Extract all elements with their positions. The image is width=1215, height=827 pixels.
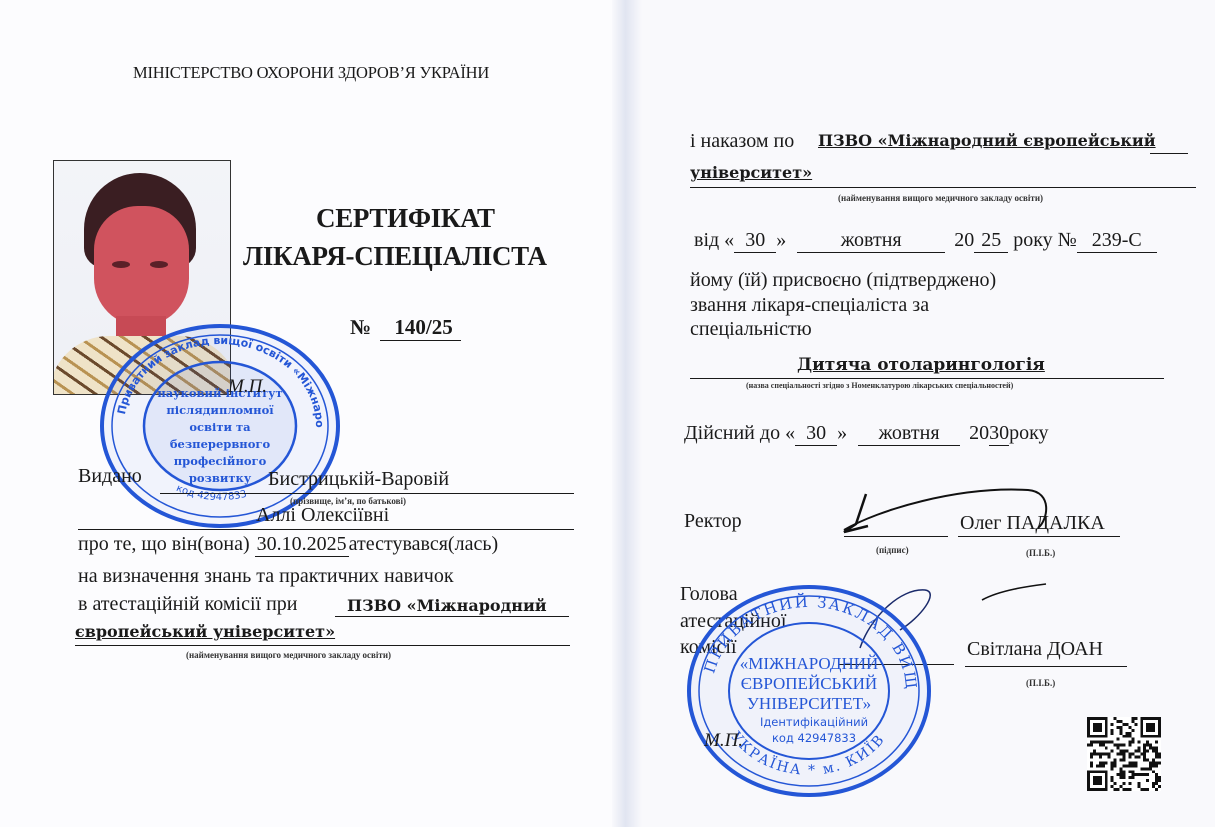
ministry-header: МІНІСТЕРСТВО ОХОРОНИ ЗДОРОВ’Я УКРАЇНИ (133, 63, 489, 83)
valid-year: 30 (989, 422, 1009, 446)
order-number: 239-С (1077, 229, 1157, 253)
svg-text:«МІЖНАРОДНИЙ: «МІЖНАРОДНИЙ (740, 654, 879, 673)
institution-hint: (найменування вищого медичного закладу о… (186, 650, 391, 660)
university-stamp: ПРИВАТНИЙ ЗАКЛАД ВИЩОЇ ОСВІТИ УКРАЇНА * … (684, 584, 934, 798)
order-institution-hint: (найменування вищого медичного закладу о… (838, 193, 1043, 203)
assigned-line-2: звання лікаря-спеціаліста за (690, 294, 929, 317)
specialty-hint: (назва спеціальності згідно з Номенклату… (746, 381, 1013, 390)
commission-line: в атестаційній комісії при (78, 593, 298, 616)
valid-until-line: Дійсний до «30» жовтня 2030року (684, 422, 1049, 446)
attestation-line: про те, що він(вона) 30.10.2025атестував… (78, 533, 498, 557)
order-year: 25 (974, 229, 1008, 253)
svg-text:післядипломної: післядипломної (166, 403, 274, 417)
order-day: 30 (734, 229, 776, 253)
stamp-mark-right: М.П. (704, 730, 743, 752)
rector-label: Ректор (684, 510, 742, 533)
assigned-line-1: йому (їй) присвоєно (підтверджено) (690, 269, 996, 292)
chair-name-hint: (П.І.Б.) (1026, 678, 1055, 688)
assigned-line-3: спеціальністю (690, 318, 812, 341)
rector-signature (838, 480, 1058, 540)
svg-text:код 42947833: код 42947833 (772, 731, 856, 745)
svg-text:ЄВРОПЕЙСЬКИЙ: ЄВРОПЕЙСЬКИЙ (741, 674, 877, 693)
valid-day: 30 (795, 422, 837, 446)
certificate-number: № 140/25 (350, 315, 461, 341)
svg-text:безперервного: безперервного (170, 437, 271, 451)
rector-signature-hint: (підпис) (876, 545, 909, 555)
holder-surname: Бистрицькій-Варовій (268, 468, 449, 491)
number-value: 140/25 (380, 315, 460, 341)
issued-label: Видано (78, 465, 142, 488)
rector-name-hint: (П.І.Б.) (1026, 548, 1055, 558)
valid-month: жовтня (858, 422, 960, 446)
order-institution-1: ПЗВО «Міжнародний європейський (818, 131, 1156, 150)
svg-text:професійного: професійного (174, 454, 267, 468)
svg-text:УНІВЕРСИТЕТ»: УНІВЕРСИТЕТ» (747, 694, 871, 713)
order-institution-2: університет» (690, 163, 812, 182)
commission-institution-2: європейський університет» (75, 622, 335, 641)
knowledge-line: на визначення знань та практичних навичо… (78, 565, 454, 588)
number-label: № (350, 315, 371, 339)
page-fold (612, 0, 642, 827)
certificate-title: СЕРТИФІКАТ (316, 203, 495, 234)
attestation-date: 30.10.2025 (255, 533, 349, 557)
commission-institution-1: ПЗВО «Міжнародний (347, 596, 547, 615)
order-month: жовтня (797, 229, 945, 253)
qr-code[interactable] (1087, 717, 1161, 791)
stamp-mark-left: М.П. (228, 376, 267, 398)
order-prefix: і наказом по (690, 130, 794, 153)
holder-given-names: Аллі Олексіївні (256, 504, 389, 527)
svg-text:Ідентифікаційний: Ідентифікаційний (760, 715, 868, 729)
certificate-subtitle: ЛІКАРЯ-СПЕЦІАЛІСТА (243, 241, 547, 272)
specialty-name: Дитяча отоларингологія (797, 355, 1045, 375)
svg-text:освіти та: освіти та (189, 420, 251, 434)
svg-text:розвитку: розвитку (189, 471, 252, 485)
order-date-line: від «30» жовтня 2025 року №239-С (694, 229, 1157, 253)
